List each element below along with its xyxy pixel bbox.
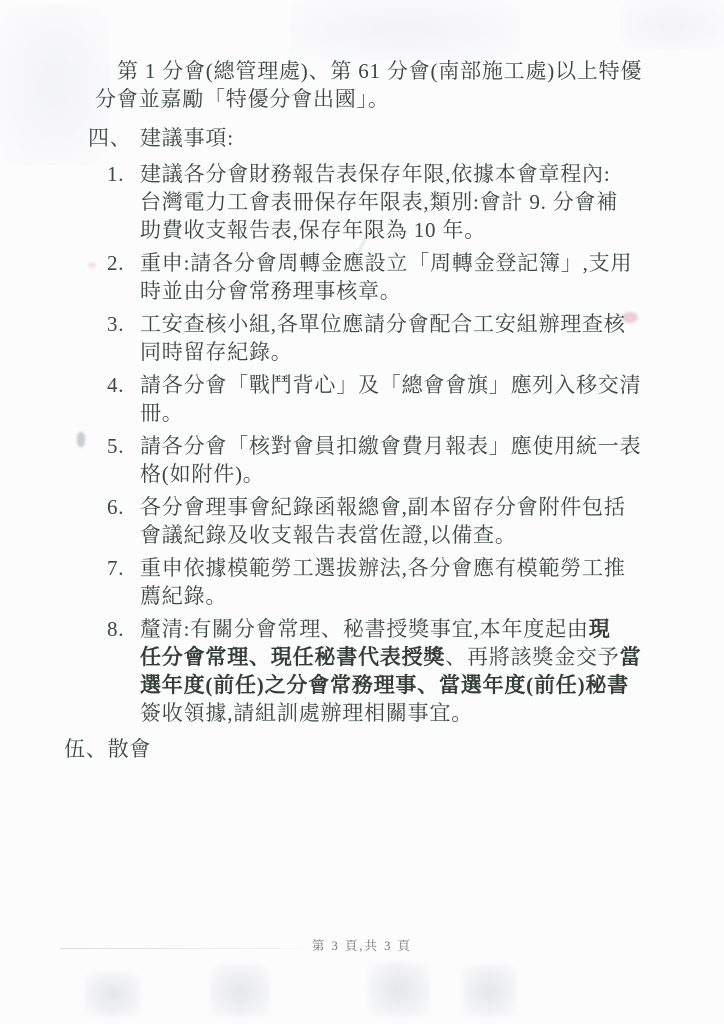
suggestion-item-1: 1. 建議各分會財務報告表保存年限,依據本會章程內: 台灣電力工會表冊保存年限表…	[107, 160, 667, 244]
item-number: 5.	[107, 432, 124, 460]
ghost-text-bleedthrough	[368, 962, 430, 1017]
item-number: 4.	[107, 371, 124, 399]
item-text-line: 冊。	[140, 399, 667, 427]
item-number: 6.	[107, 493, 124, 521]
item-number: 3.	[107, 310, 124, 338]
item-text-line: 請各分會「核對會員扣繳會費月報表」應使用統一表	[140, 432, 667, 460]
item-text-line: 台灣電力工會表冊保存年限表,類別:會計 9. 分會補	[140, 188, 667, 216]
item-text-line: 重申:請各分會周轉金應設立「周轉金登記簿」,支用	[140, 249, 667, 277]
ghost-text-bleedthrough	[462, 965, 517, 1017]
scan-smudge	[290, 0, 520, 60]
suggestion-item-6: 6. 各分會理事會紀錄函報總會,副本留存分會附件包括 會議紀錄及收支報告表當佐證…	[107, 493, 667, 549]
suggestion-item-3: 3. 工安查核小組,各單位應請分會配合工安組辦理查核 同時留存紀錄。	[107, 310, 667, 366]
item-text-line: 重申依據模範勞工選拔辦法,各分會應有模範勞工推	[140, 554, 667, 582]
suggestion-list: 1. 建議各分會財務報告表保存年限,依據本會章程內: 台灣電力工會表冊保存年限表…	[107, 160, 667, 727]
item-text-line: 助費收支報告表,保存年限為 10 年。	[140, 216, 667, 244]
scanned-document-page: 第 1 分會(總管理處)、第 61 分會(南部施工處)以上特優 分會並嘉勵「特優…	[0, 0, 724, 1024]
item-number: 7.	[107, 554, 124, 582]
ghost-text-bleedthrough	[85, 972, 140, 1017]
intro-line-1: 第 1 分會(總管理處)、第 61 分會(南部施工處)以上特優	[95, 57, 642, 85]
section-four-title: 建議事項:	[140, 126, 234, 150]
ink-speck	[77, 432, 85, 447]
suggestion-item-5: 5. 請各分會「核對會員扣繳會費月報表」應使用統一表 格(如附件)。	[107, 432, 667, 488]
section-five-heading: 伍、散會	[64, 735, 151, 763]
item-text-line: 時並由分會常務理事核章。	[140, 277, 667, 305]
item-text-line: 簽收領據,請組訓處辦理相關事宜。	[140, 699, 667, 727]
item-number: 2.	[107, 249, 124, 277]
intro-line-2: 分會並嘉勵「特優分會出國」。	[95, 85, 642, 113]
item-number: 1.	[107, 160, 124, 188]
item-text-line: 會議紀錄及收支報告表當佐證,以備查。	[140, 521, 667, 549]
ink-speck	[88, 262, 96, 268]
item-text-line: 任分會常理、現任秘書代表授獎、再將該獎金交予當	[140, 643, 667, 671]
item-text-line: 格(如附件)。	[140, 460, 667, 488]
suggestion-item-8: 8. 釐清:有關分會常理、秘書授獎事宜,本年度起由現 任分會常理、現任秘書代表授…	[107, 615, 667, 727]
suggestion-item-2: 2. 重申:請各分會周轉金應設立「周轉金登記簿」,支用 時並由分會常務理事核章。	[107, 249, 667, 305]
item-text-line: 請各分會「戰鬥背心」及「總會會旗」應列入移交清	[140, 371, 667, 399]
page-footer: 第 3 頁,共 3 頁	[0, 936, 724, 954]
section-four-heading: 四、建議事項:	[88, 124, 234, 152]
item-text-line: 建議各分會財務報告表保存年限,依據本會章程內:	[140, 160, 667, 188]
item-number: 8.	[107, 615, 124, 643]
section-four-marker: 四、	[88, 124, 140, 152]
section-five-title: 散會	[108, 737, 152, 761]
intro-paragraph: 第 1 分會(總管理處)、第 61 分會(南部施工處)以上特優 分會並嘉勵「特優…	[95, 57, 642, 113]
ghost-text-bleedthrough	[210, 965, 270, 1017]
item-text-line: 工安查核小組,各單位應請分會配合工安組辦理查核	[140, 310, 667, 338]
section-five-marker: 伍、	[64, 737, 108, 761]
scan-smudge	[620, 0, 724, 50]
item-text-line: 同時留存紀錄。	[140, 338, 667, 366]
item-text-line: 各分會理事會紀錄函報總會,副本留存分會附件包括	[140, 493, 667, 521]
item-text-line: 釐清:有關分會常理、秘書授獎事宜,本年度起由現	[140, 615, 667, 643]
suggestion-item-4: 4. 請各分會「戰鬥背心」及「總會會旗」應列入移交清 冊。	[107, 371, 667, 427]
item-text-line: 薦紀錄。	[140, 582, 667, 610]
suggestion-item-7: 7. 重申依據模範勞工選拔辦法,各分會應有模範勞工推 薦紀錄。	[107, 554, 667, 610]
item-text-line: 選年度(前任)之分會常務理事、當選年度(前任)秘書	[140, 671, 667, 699]
